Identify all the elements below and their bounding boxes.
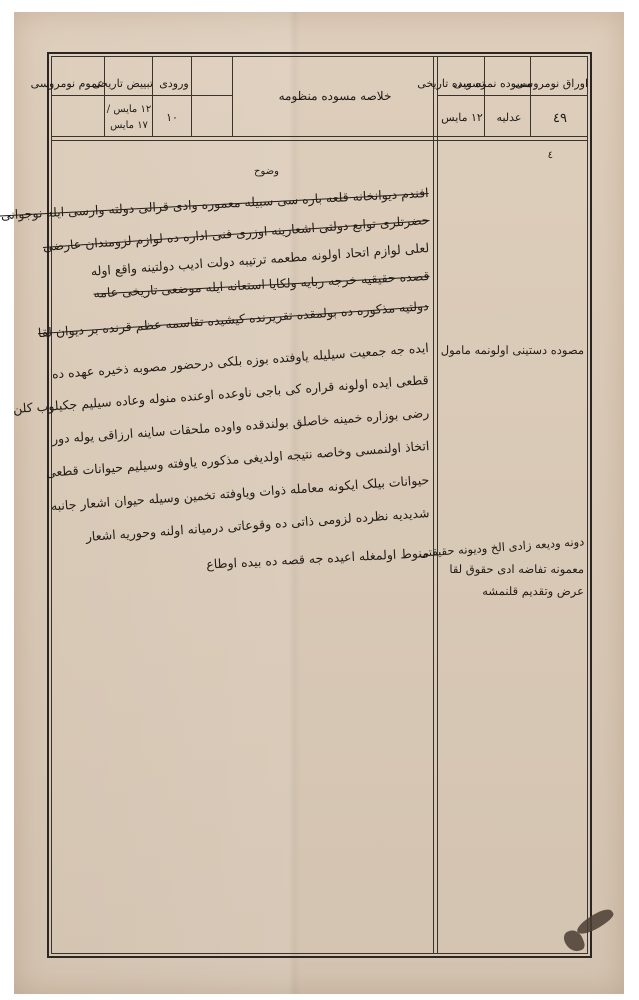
margin-note: معمونه تفاضه ادی حقوق لقا xyxy=(449,562,584,576)
margin-note: مصوده دستینی اولونمه مامول xyxy=(441,343,584,357)
main-column-divider-double xyxy=(433,56,434,954)
header-label-draft-number: مسوده نمره سی xyxy=(486,78,532,90)
header-row-divider xyxy=(51,95,232,96)
margin-note: عرض وتقدیم قلنمشه xyxy=(482,584,584,598)
header-value-fair-copy-date: ١٢ مایس / ١٧ مایس xyxy=(105,102,153,134)
header-value-draft-date: ١٢ مایس xyxy=(439,112,485,124)
header-value-summary: خلاصه مسوده منظومه xyxy=(240,90,430,103)
header-value-sheet-number: ٤٩ xyxy=(532,112,588,126)
main-column-divider xyxy=(437,56,438,954)
header-label-fair-copy-date: تبییض تاریخی xyxy=(105,78,153,90)
header-value-entry: ١٠ xyxy=(155,112,189,124)
header-label-sheet-number: اوراق نومروسی xyxy=(532,78,588,90)
header-row-divider xyxy=(437,95,588,96)
header-col-divider xyxy=(191,56,192,136)
page-marker: ٤ xyxy=(548,150,553,161)
header-divider-double xyxy=(51,140,588,141)
header-label-general-number: عموم نومروسی xyxy=(52,78,104,90)
header-label-draft-date: تسویده تاریخی xyxy=(439,78,485,90)
header-divider xyxy=(51,136,588,137)
header-value-draft-number: عدلیه xyxy=(486,112,532,124)
body-heading: وضوح xyxy=(254,166,279,177)
header-col-divider xyxy=(232,56,233,136)
header-label-entry: ورودی xyxy=(150,78,198,90)
